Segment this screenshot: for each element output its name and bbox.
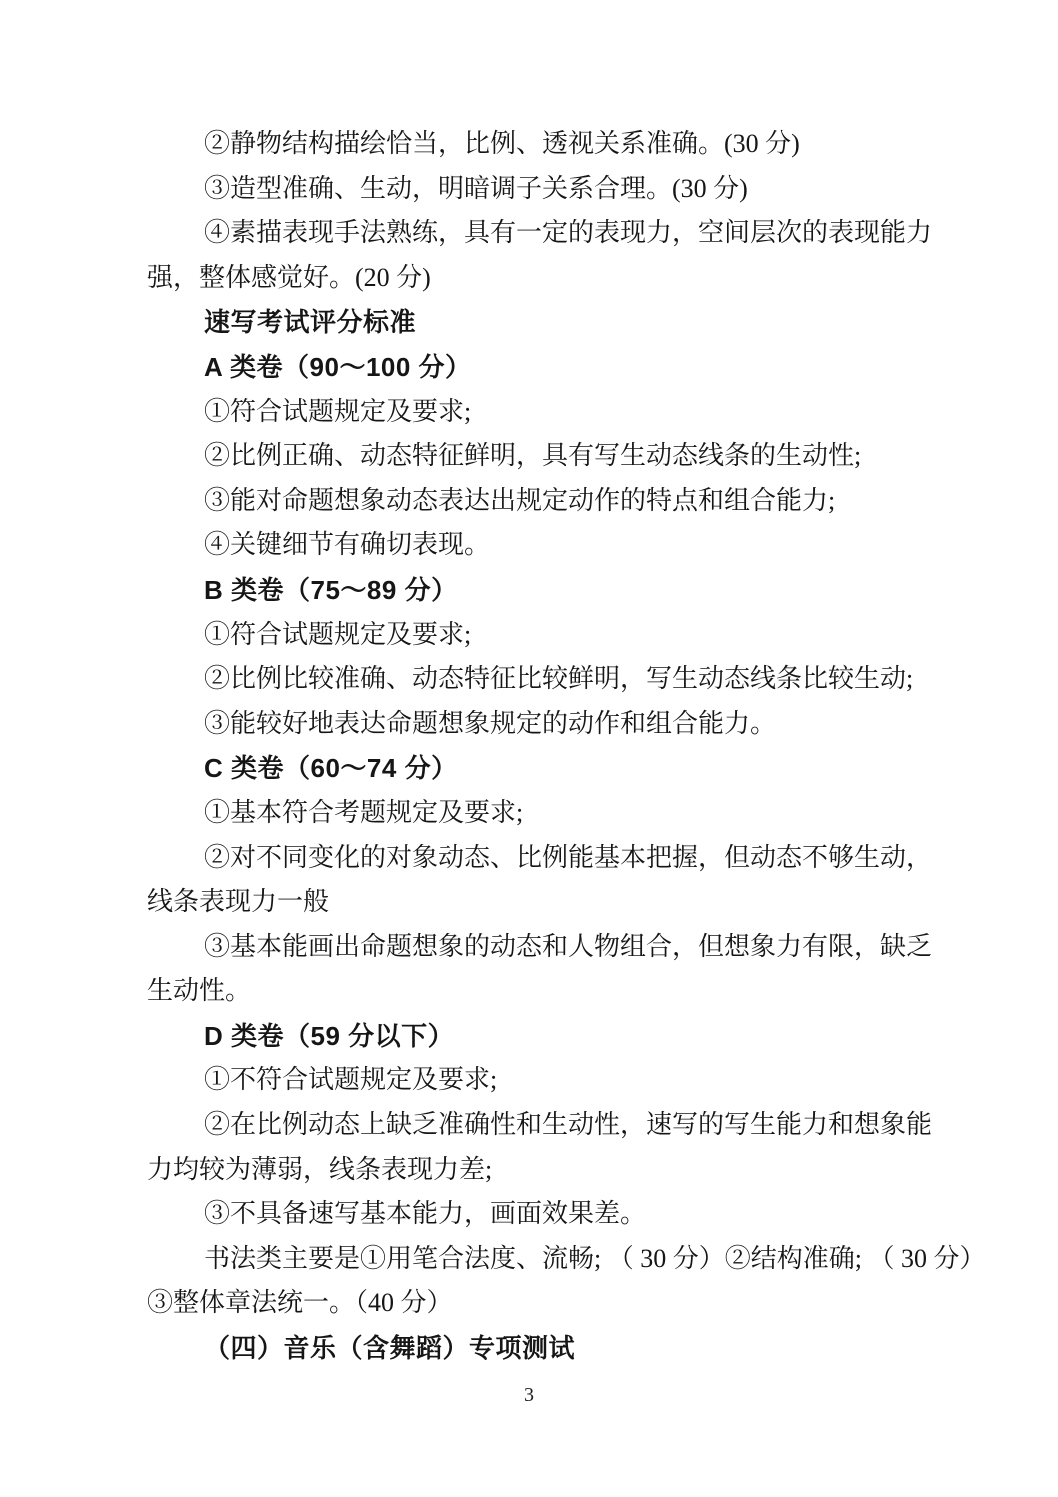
text-line: 强，整体感觉好。(20 分) xyxy=(147,256,937,301)
text-line: ③能较好地表达命题想象规定的动作和组合能力。 xyxy=(147,702,937,747)
heading-line: C 类卷（60～74 分） xyxy=(147,746,937,791)
heading-line: 速写考试评分标准 xyxy=(147,300,937,345)
text-line: ②在比例动态上缺乏准确性和生动性，速写的写生能力和想象能 xyxy=(147,1103,937,1148)
text-line: ③能对命题想象动态表达出规定动作的特点和组合能力; xyxy=(147,479,937,524)
text-line: ②比例正确、动态特征鲜明，具有写生动态线条的生动性; xyxy=(147,434,937,479)
page-number: 3 xyxy=(0,1383,1058,1407)
text-line: ①基本符合考题规定及要求; xyxy=(147,791,937,836)
text-line: ①符合试题规定及要求; xyxy=(147,390,937,435)
document-body: ②静物结构描绘恰当，比例、透视关系准确。(30 分)③造型准确、生动，明暗调子关… xyxy=(147,122,937,1371)
text-line: ③整体章法统一。（40 分） xyxy=(147,1281,937,1326)
text-line: 生动性。 xyxy=(147,969,937,1014)
text-line: ④素描表现手法熟练，具有一定的表现力，空间层次的表现能力 xyxy=(147,211,937,256)
heading-line: （四）音乐（含舞蹈）专项测试 xyxy=(147,1326,937,1371)
text-line: ①不符合试题规定及要求; xyxy=(147,1058,937,1103)
text-line: ③不具备速写基本能力，画面效果差。 xyxy=(147,1192,937,1237)
text-line: ②静物结构描绘恰当，比例、透视关系准确。(30 分) xyxy=(147,122,937,167)
text-line: ②对不同变化的对象动态、比例能基本把握，但动态不够生动， xyxy=(147,836,937,881)
text-line: ③基本能画出命题想象的动态和人物组合，但想象力有限，缺乏 xyxy=(147,925,937,970)
text-line: 力均较为薄弱，线条表现力差; xyxy=(147,1148,937,1193)
text-line: ②比例比较准确、动态特征比较鲜明，写生动态线条比较生动; xyxy=(147,657,937,702)
text-line: 书法类主要是①用笔合法度、流畅; （ 30 分）②结构准确; （ 30 分） xyxy=(147,1237,937,1282)
document-page: ②静物结构描绘恰当，比例、透视关系准确。(30 分)③造型准确、生动，明暗调子关… xyxy=(0,0,1058,1497)
text-line: ③造型准确、生动，明暗调子关系合理。(30 分) xyxy=(147,167,937,212)
text-line: ④关键细节有确切表现。 xyxy=(147,523,937,568)
heading-line: B 类卷（75～89 分） xyxy=(147,568,937,613)
text-line: 线条表现力一般 xyxy=(147,880,937,925)
text-line: ①符合试题规定及要求; xyxy=(147,613,937,658)
heading-line: A 类卷（90～100 分） xyxy=(147,345,937,390)
heading-line: D 类卷（59 分以下） xyxy=(147,1014,937,1059)
